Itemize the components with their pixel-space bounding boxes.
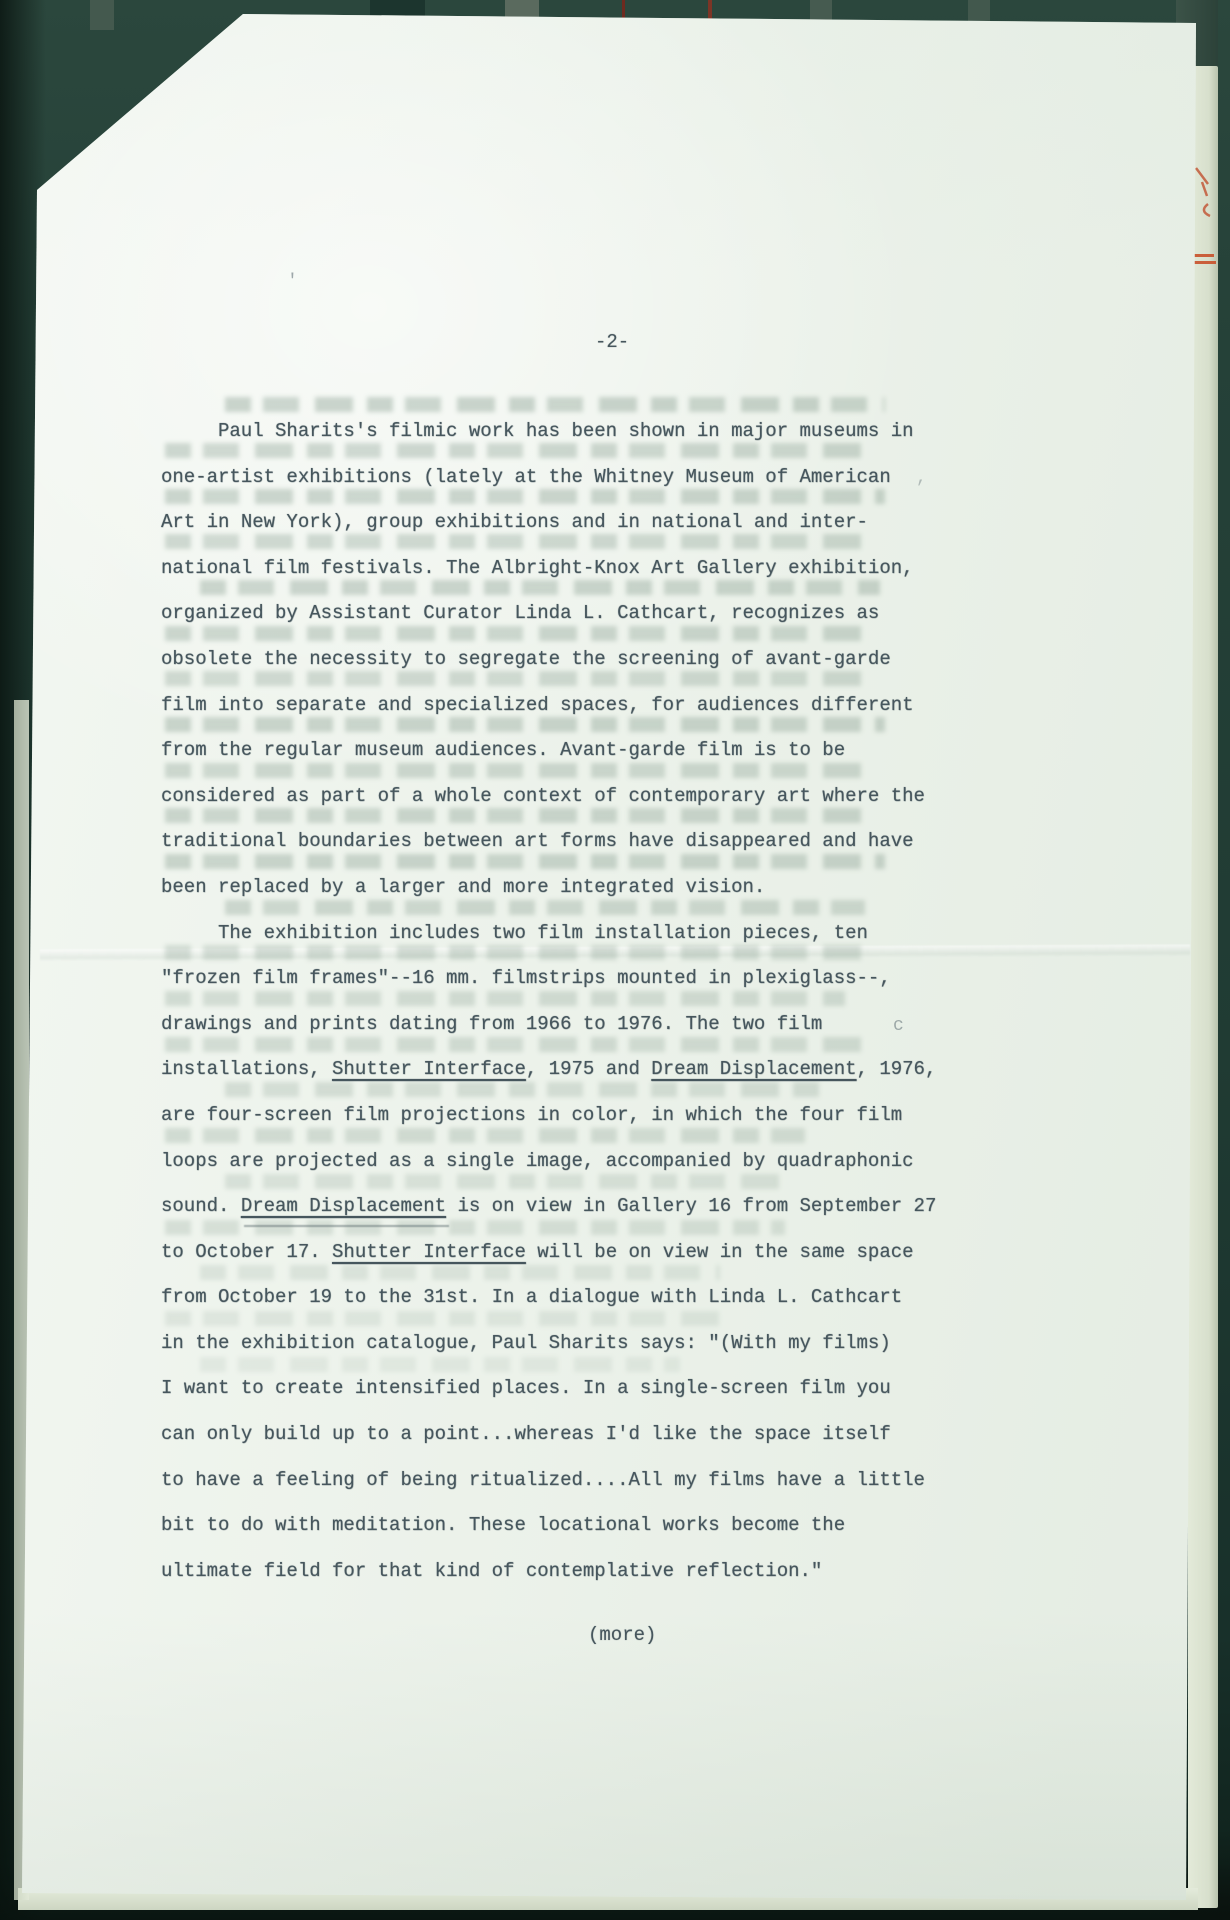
typed-segment: from October 19 to the 31st. In a dialog… (161, 1286, 902, 1308)
typed-segment: The exhibition includes two film install… (218, 922, 868, 944)
typed-line: can only build up to a point...whereas I… (161, 1412, 961, 1458)
typed-line: traditional boundaries between art forms… (161, 819, 961, 865)
typed-segment: bit to do with meditation. These locatio… (161, 1514, 845, 1536)
typed-segment: , 1976, (857, 1058, 937, 1080)
typed-line: to October 17. Shutter Interface will be… (161, 1230, 961, 1276)
typed-line: national film festivals. The Albright-Kn… (161, 546, 961, 592)
typed-line: organized by Assistant Curator Linda L. … (161, 591, 961, 637)
typed-line: from the regular museum audiences. Avant… (161, 728, 961, 774)
stray-comma-mark: , (916, 468, 927, 488)
underlined-title: Dream Displacement (241, 1195, 446, 1217)
more-label: (more) (588, 1624, 656, 1646)
typed-line: considered as part of a whole context of… (161, 774, 961, 820)
typed-line: The exhibition includes two film install… (161, 911, 961, 957)
stray-apostrophe-mark: ' (287, 272, 298, 292)
typed-text: Paul Sharits's filmic work has been show… (161, 409, 961, 1594)
typed-segment: Art in New York), group exhibitions and … (161, 511, 868, 533)
underlined-title: Shutter Interface (332, 1241, 526, 1263)
typed-segment: I want to create intensified places. In … (161, 1377, 891, 1399)
typed-segment: to October 17. (161, 1241, 332, 1263)
typed-segment: drawings and prints dating from 1966 to … (161, 1013, 822, 1035)
typed-line: drawings and prints dating from 1966 to … (161, 1002, 961, 1048)
typed-line: Paul Sharits's filmic work has been show… (161, 409, 961, 455)
typed-segment: national film festivals. The Albright-Kn… (161, 557, 914, 579)
typed-line: bit to do with meditation. These locatio… (161, 1503, 961, 1549)
typed-segment: "frozen film frames"--16 mm. filmstrips … (161, 967, 891, 989)
typed-segment: from the regular museum audiences. Avant… (161, 739, 845, 761)
typed-line: sound. Dream Displacement is on view in … (161, 1184, 961, 1230)
typed-segment: can only build up to a point...whereas I… (161, 1423, 891, 1445)
typed-line: film into separate and specialized space… (161, 683, 961, 729)
typed-line: ultimate field for that kind of contempl… (161, 1549, 961, 1595)
typed-segment: to have a feeling of being ritualized...… (161, 1469, 925, 1491)
typed-segment: ultimate field for that kind of contempl… (161, 1560, 822, 1582)
typed-segment: been replaced by a larger and more integ… (161, 876, 765, 898)
typed-segment: will be on view in the same space (526, 1241, 914, 1263)
underlined-title: Shutter Interface (332, 1058, 526, 1080)
typed-segment: considered as part of a whole context of… (161, 785, 925, 807)
typed-segment: in the exhibition catalogue, Paul Sharit… (161, 1332, 891, 1354)
typed-segment: organized by Assistant Curator Linda L. … (161, 602, 879, 624)
stray-c-mark: c (893, 1016, 904, 1036)
typed-line: are four-screen film projections in colo… (161, 1093, 961, 1139)
typed-line: I want to create intensified places. In … (161, 1366, 961, 1412)
typed-segment: , 1975 and (526, 1058, 651, 1080)
typed-segment: one-artist exhibitions (lately at the Wh… (161, 466, 891, 488)
typed-line: obsolete the necessity to segregate the … (161, 637, 961, 683)
background-slat (90, 0, 114, 30)
typed-line: from October 19 to the 31st. In a dialog… (161, 1275, 961, 1321)
typed-segment: obsolete the necessity to segregate the … (161, 648, 891, 670)
photo-scene: -2- Paul Sharits's filmic work has been … (0, 0, 1230, 1920)
typed-segment: are four-screen film projections in colo… (161, 1104, 902, 1126)
typed-line: Art in New York), group exhibitions and … (161, 500, 961, 546)
typed-segment: Paul Sharits's filmic work has been show… (218, 420, 914, 442)
typed-segment: installations, (161, 1058, 332, 1080)
typed-line: loops are projected as a single image, a… (161, 1139, 961, 1185)
typed-line: "frozen film frames"--16 mm. filmstrips … (161, 956, 961, 1002)
typed-line: installations, Shutter Interface, 1975 a… (161, 1047, 961, 1093)
underlined-title: Dream Displacement (651, 1058, 856, 1080)
typed-line: in the exhibition catalogue, Paul Sharit… (161, 1321, 961, 1367)
typed-segment: is on view in Gallery 16 from September … (446, 1195, 936, 1217)
page-number: -2- (595, 331, 629, 353)
typed-line: been replaced by a larger and more integ… (161, 865, 961, 911)
typed-line: one-artist exhibitions (lately at the Wh… (161, 455, 961, 501)
typed-segment: traditional boundaries between art forms… (161, 830, 914, 852)
typed-segment: sound. (161, 1195, 241, 1217)
typed-line: to have a feeling of being ritualized...… (161, 1458, 961, 1504)
typed-segment: loops are projected as a single image, a… (161, 1150, 914, 1172)
typed-segment: film into separate and specialized space… (161, 694, 914, 716)
